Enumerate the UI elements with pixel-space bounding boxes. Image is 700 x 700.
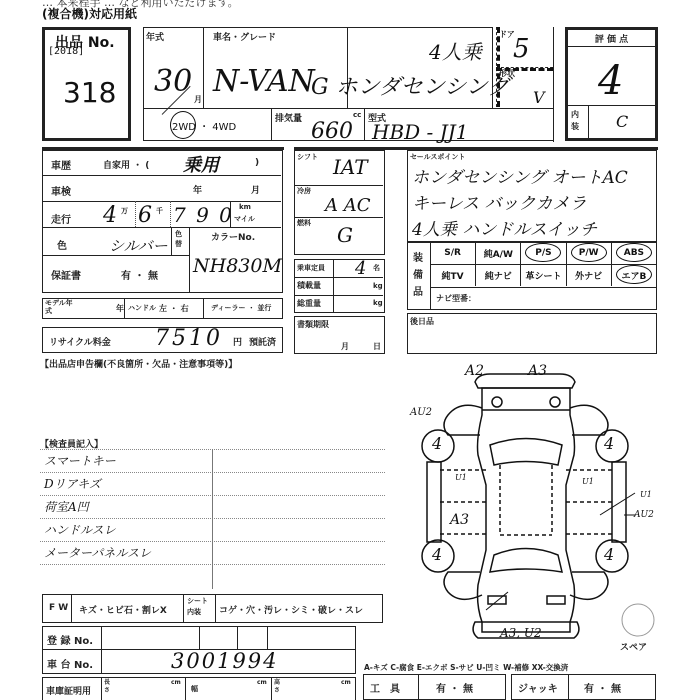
equipment-item[interactable]: P/S (520, 242, 565, 264)
model-year-label: モデル年式 (45, 299, 73, 315)
recycle-value: 7510 (155, 326, 223, 351)
mark-rear: A3, U2 (500, 626, 542, 640)
selected-circle (616, 243, 652, 262)
inspection-month-unit: 月 (251, 183, 260, 196)
sales-points-box: セールスポイント ホンダセンシング オートAC キーレス バックカメラ 4人乗 … (407, 150, 657, 243)
warranty-label: 保証書 (51, 267, 81, 282)
jack-options[interactable]: 有 ・ 無 (584, 680, 621, 695)
chassis-label: 車 台 No. (47, 656, 93, 671)
capacity-unit: 名 (373, 263, 380, 273)
lot-year-tag: [2018] (48, 46, 84, 57)
equipment-item[interactable]: 純A/W (475, 242, 520, 264)
seat-options: コゲ・穴・汚レ・シミ・破レ・スレ (219, 603, 363, 616)
color-no-label: カラーNo. (211, 230, 255, 243)
equipment-item[interactable]: ABS (611, 242, 656, 264)
body-value: V (533, 88, 545, 107)
history-label: 車歴 (51, 157, 71, 172)
color-change-div (171, 227, 172, 255)
mileage-div-2 (170, 201, 171, 227)
gross-label: 総重量 (297, 298, 321, 309)
history-close: ) (255, 158, 259, 168)
fw-row: F W キズ・ヒビ石・割レX シート内装 コゲ・穴・汚レ・シミ・破レ・スレ (42, 594, 383, 623)
lot-number: 318 (63, 76, 116, 109)
model-value: HBD - JJ1 (372, 120, 468, 144)
equipment-item[interactable]: 純ナビ (475, 264, 520, 286)
row-div-4 (43, 255, 190, 256)
inspection-label: 車検 (51, 183, 71, 198)
name-grade-label: 車名・グレード (213, 30, 276, 43)
inspector-note: スマートキー (44, 452, 116, 469)
inspection-year-unit: 年 (193, 183, 202, 196)
displacement-unit: cc (353, 111, 361, 119)
man-unit: 万 (121, 206, 128, 216)
equipment-item-label: S/R (444, 248, 461, 258)
recycle-label: リサイクル料金 (49, 335, 111, 348)
mileage-sen: 6 (138, 203, 152, 228)
body-label: 形状 (499, 68, 515, 79)
vehicle-box: 年式 30 月 (143, 27, 204, 109)
equip-hdiv-2 (430, 287, 656, 288)
navi-model-label: ナビ型番： (436, 293, 476, 304)
handle-options: 左 ・ 右 (159, 303, 189, 314)
equipment-item[interactable]: 革シート (520, 264, 565, 286)
equipment-label: 装備品 (413, 250, 425, 301)
history-box: 車歴 自家用 ・ ( 乗用 ) 車検 年 月 走行 4 万 6 千 7 9 0 … (42, 150, 283, 293)
year-value: 30 (154, 64, 192, 99)
vehicle-grade-extra: 4人乗 (429, 36, 482, 65)
color-change-label: 色替 (175, 229, 185, 249)
shift-label: シフト (297, 152, 318, 162)
capacity-label: 乗車定員 (297, 263, 325, 273)
displacement-value: 660 (311, 119, 353, 144)
garage-div-1 (101, 678, 102, 700)
capacity-div-1 (295, 277, 383, 278)
tools-label: 工 具 (370, 680, 400, 695)
mark-right-note2: AU2 (634, 510, 654, 520)
score-label: 評 価 点 (568, 32, 655, 45)
equipment-item[interactable]: 外ナビ (566, 264, 611, 286)
mileage-div-1 (135, 201, 136, 227)
month-suffix: 月 (194, 94, 202, 105)
mile-unit: マイル (234, 214, 255, 224)
mileage-rest: 7 9 0 (173, 203, 234, 227)
load-label: 積載量 (297, 280, 321, 291)
garage-div-2 (185, 678, 186, 700)
recycle-row: リサイクル料金 7510 円 預託済 (42, 327, 283, 353)
equipment-item-label: 革シート (525, 269, 561, 282)
drive-selected-circle (170, 111, 196, 139)
warranty-options: 有 ・ 無 (121, 267, 158, 282)
equipment-item[interactable]: エアB (611, 264, 656, 286)
history-options: 自家用 ・ ( (103, 158, 149, 171)
registration-box: 登 録 No. 車 台 No. 3001994 (42, 626, 356, 674)
docs-day: 日 (373, 341, 381, 352)
jack-div (568, 675, 569, 699)
docs-label: 書類期限 (297, 319, 329, 330)
drive-divider (271, 109, 272, 140)
header-title: (複合機)対応用紙 (42, 5, 137, 22)
reg-vdiv-2 (199, 627, 200, 649)
fw-div (71, 595, 72, 622)
cm-1: cm (171, 679, 181, 686)
mileage-label: 走行 (51, 211, 71, 226)
vehicle-name: N-VAN (213, 64, 315, 99)
color-label: 色 (57, 237, 67, 252)
recycle-status: 預託済 (249, 335, 276, 348)
inspector-note: メーターパネルスレ (44, 544, 151, 561)
history-value: 乗用 (183, 151, 219, 177)
drive-row: 2WD ・ 4WD 排気量 660 cc 型式 HBD - JJ1 (143, 108, 554, 141)
seat-div (183, 595, 184, 622)
inspector-vdiv (212, 449, 213, 589)
mark-front-left: A2 (465, 363, 484, 379)
shift-value: IAT (333, 155, 368, 179)
mark-right-note1: U1 (640, 490, 652, 499)
selected-circle (525, 243, 561, 262)
interior-value: C (616, 112, 628, 131)
tire-score-fl: 4 (432, 434, 442, 453)
equipment-item-label: 純ナビ (485, 269, 512, 282)
tire-score-fr: 4 (604, 434, 614, 453)
dealer-options: ディーラー ・ 並行 (211, 303, 271, 313)
sales-point-2: キーレス バックカメラ (412, 189, 587, 214)
width-label: 幅 (191, 684, 198, 694)
gross-unit: kg (373, 299, 383, 307)
sales-points-label: セールスポイント (410, 152, 465, 162)
selected-circle (571, 243, 607, 262)
mark-left-fender: AU2 (410, 407, 432, 418)
color-no-div (189, 227, 190, 292)
chassis-value: 3001994 (171, 649, 279, 673)
jack-row: ジャッキ 有 ・ 無 (511, 674, 656, 700)
spare-label: スペア (620, 640, 647, 653)
reg-label: 登 録 No. (47, 632, 93, 647)
equipment-item[interactable]: S/R (430, 242, 475, 264)
capacity-value: 4 (355, 258, 366, 279)
garage-label: 車庫証明用 (46, 684, 91, 697)
fw-label: F W (49, 603, 68, 613)
ac-label: 冷房 (297, 186, 311, 196)
model-divider (364, 109, 365, 140)
equipment-box: 装備品 S/R純A/WP/SP/WABS 純TV純ナビ革シート外ナビエアB ナビ… (407, 241, 657, 310)
model-year-unit: 年 (116, 303, 124, 314)
model-year-row: モデル年式 年 ハンドル 左 ・ 右 ディーラー ・ 並行 (42, 298, 283, 319)
grade-box: G ホンダセンシング 4人乗 (347, 27, 493, 109)
capacity-box: 乗車定員 4 名 積載量 kg 総重量 kg (294, 259, 385, 313)
equipment-item-label: 外ナビ (575, 269, 602, 282)
garage-row: 車庫証明用 長さ cm 幅 cm 高さ cm (42, 677, 356, 700)
year-label: 年式 (146, 30, 164, 43)
inspector-note: 荷室A凹 (44, 498, 89, 515)
mark-front-right: A3 (528, 363, 547, 379)
fw-options: キズ・ヒビ石・割レX (79, 603, 167, 616)
capacity-vdiv (333, 260, 334, 312)
fuel-value: G (337, 223, 353, 247)
fuel-label: 燃料 (297, 218, 311, 228)
recycle-unit: 円 (233, 335, 242, 348)
sen-unit: 千 (156, 206, 163, 216)
tire-score-rl: 4 (432, 545, 442, 564)
length-label: 長さ (104, 679, 112, 695)
cm-3: cm (341, 679, 351, 686)
garage-div-3 (271, 678, 272, 700)
seller-notes-label: 【出品店申告欄(不良箇所・欠品・注意事項等)】 (40, 357, 237, 370)
mark-right-door: U1 (582, 477, 594, 486)
height-label: 高さ (274, 679, 282, 695)
equipment-item-label: 純A/W (484, 247, 513, 260)
interior-vdivider (588, 105, 589, 138)
door-value: 5 (513, 34, 530, 64)
docs-box: 書類期限 月 日 (294, 316, 385, 354)
later-items-label: 後日品 (410, 316, 434, 327)
vehicle-grade: G ホンダセンシング (311, 70, 509, 101)
selected-circle (616, 265, 652, 284)
color-value: シルバー (109, 235, 168, 256)
reg-vdiv-3 (237, 627, 238, 649)
dealer-div (203, 299, 204, 318)
reg-vdiv (101, 627, 102, 673)
mileage-div-3 (230, 201, 231, 227)
later-items-box: 後日品 (407, 313, 657, 354)
load-unit: kg (373, 282, 383, 290)
seat-div-2 (215, 595, 216, 622)
km-unit: km (239, 203, 251, 211)
displacement-label: 排気量 (275, 111, 302, 124)
specs-box: シフト IAT 冷房 A AC 燃料 G (294, 150, 385, 255)
color-no-value: NH830M (193, 255, 282, 277)
mark-left-door: U1 (455, 473, 467, 482)
ac-value: A AC (325, 195, 371, 216)
score-value: 4 (598, 58, 623, 104)
inspector-note: ハンドルスレ (44, 521, 116, 538)
mark-left-lower: A3 (450, 512, 469, 528)
sales-point-3: 4人乗 ハンドルスイッチ (412, 215, 597, 240)
docs-month: 月 (341, 341, 349, 352)
row-div-2 (43, 201, 281, 202)
row-div-1 (43, 175, 281, 176)
jack-label: ジャッキ (518, 680, 558, 695)
lot-box: 出品 No. [2018] 318 (42, 27, 131, 141)
tools-div (418, 675, 419, 699)
equipment-item[interactable]: P/W (566, 242, 611, 264)
tire-score-rr: 4 (604, 545, 614, 564)
interior-divider (568, 105, 655, 106)
handle-label: ハンドル (128, 303, 156, 313)
score-divider (568, 46, 655, 47)
equipment-item[interactable]: 純TV (430, 264, 475, 286)
mileage-man: 4 (103, 203, 117, 228)
equipment-item-label: 純TV (442, 269, 464, 282)
tools-row: 工 具 有 ・ 無 (363, 674, 506, 700)
seat-label: シート内装 (187, 596, 213, 618)
score-box: 評 価 点 4 内装 C (565, 27, 658, 141)
sales-point-1: ホンダセンシング オートAC (412, 163, 628, 188)
inspector-note: Dリアキズ (44, 475, 101, 492)
cm-2: cm (257, 679, 267, 686)
handle-div (124, 299, 125, 318)
row-div-3 (43, 227, 281, 228)
capacity-div-2 (295, 295, 383, 296)
reg-vdiv-4 (267, 627, 268, 649)
tools-options[interactable]: 有 ・ 無 (436, 680, 473, 695)
interior-label: 内装 (571, 109, 583, 133)
damage-legend: A-キズ C-腐食 E-エクボ S-サビ U-凹ミ W-補修 XX-交換済 (364, 662, 568, 673)
